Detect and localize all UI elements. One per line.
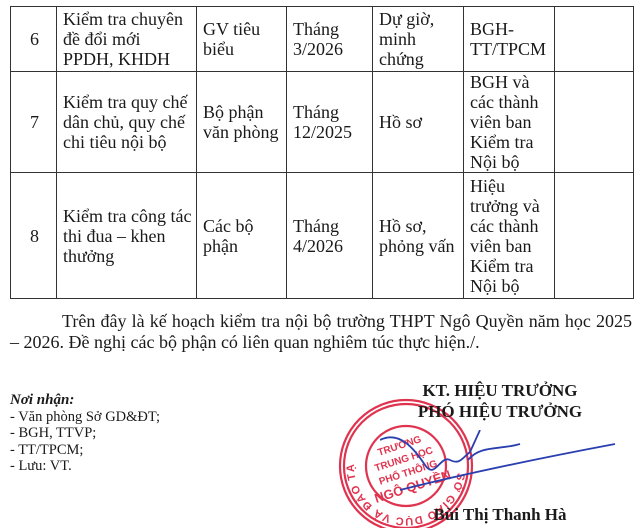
row-number: 7: [11, 72, 57, 173]
table-row: 7 Kiểm tra quy chế dân chủ, quy chế chi …: [11, 72, 634, 173]
row-subject: GV tiêu biểu: [197, 7, 287, 72]
row-time: Tháng 3/2026: [287, 7, 373, 72]
recipient-item: - Văn phòng Sở GD&ĐT;: [10, 409, 160, 426]
recipients-block: Nơi nhận: - Văn phòng Sở GD&ĐT; - BGH, T…: [10, 392, 160, 475]
row-subject: Bộ phận văn phòng: [197, 72, 287, 173]
signature-block: KT. HIỆU TRƯỞNG PHÓ HIỆU TRƯỞNG: [360, 380, 640, 422]
row-time: Tháng 4/2026: [287, 173, 373, 299]
signer-name: Bùi Thị Thanh Hà: [380, 505, 620, 525]
recipient-item: - Lưu: VT.: [10, 458, 160, 475]
handwritten-signature-icon: [380, 430, 620, 500]
row-time: Tháng 12/2025: [287, 72, 373, 173]
row-content: Kiểm tra quy chế dân chủ, quy chế chi ti…: [57, 72, 197, 173]
row-content: Kiểm tra công tác thi đua – khen thưởng: [57, 173, 197, 299]
row-note: [555, 173, 634, 299]
row-number: 6: [11, 7, 57, 72]
recipient-item: - TT/TPCM;: [10, 442, 160, 459]
signer-title-line2: PHÓ HIỆU TRƯỞNG: [360, 401, 640, 422]
row-method: Dự giờ, minh chứng: [373, 7, 464, 72]
row-note: [555, 7, 634, 72]
row-method: Hồ sơ: [373, 72, 464, 173]
signer-title-line1: KT. HIỆU TRƯỞNG: [360, 380, 640, 401]
table-row: 6 Kiểm tra chuyên đề đổi mới PPDH, KHDH …: [11, 7, 634, 72]
row-responsible: BGH-TT/TPCM: [464, 7, 555, 72]
inspection-plan-table: 6 Kiểm tra chuyên đề đổi mới PPDH, KHDH …: [10, 6, 634, 299]
row-number: 8: [11, 173, 57, 299]
recipient-item: - BGH, TTVP;: [10, 425, 160, 442]
row-note: [555, 72, 634, 173]
row-responsible: Hiệu trưởng và các thành viên ban Kiểm t…: [464, 173, 555, 299]
recipients-title: Nơi nhận:: [10, 392, 160, 409]
row-responsible: BGH và các thành viên ban Kiểm tra Nội b…: [464, 72, 555, 173]
row-subject: Các bộ phận: [197, 173, 287, 299]
closing-paragraph: Trên đây là kế hoạch kiểm tra nội bộ trư…: [10, 311, 632, 353]
table-row: 8 Kiểm tra công tác thi đua – khen thưởn…: [11, 173, 634, 299]
row-content: Kiểm tra chuyên đề đổi mới PPDH, KHDH: [57, 7, 197, 72]
row-method: Hồ sơ, phỏng vấn: [373, 173, 464, 299]
